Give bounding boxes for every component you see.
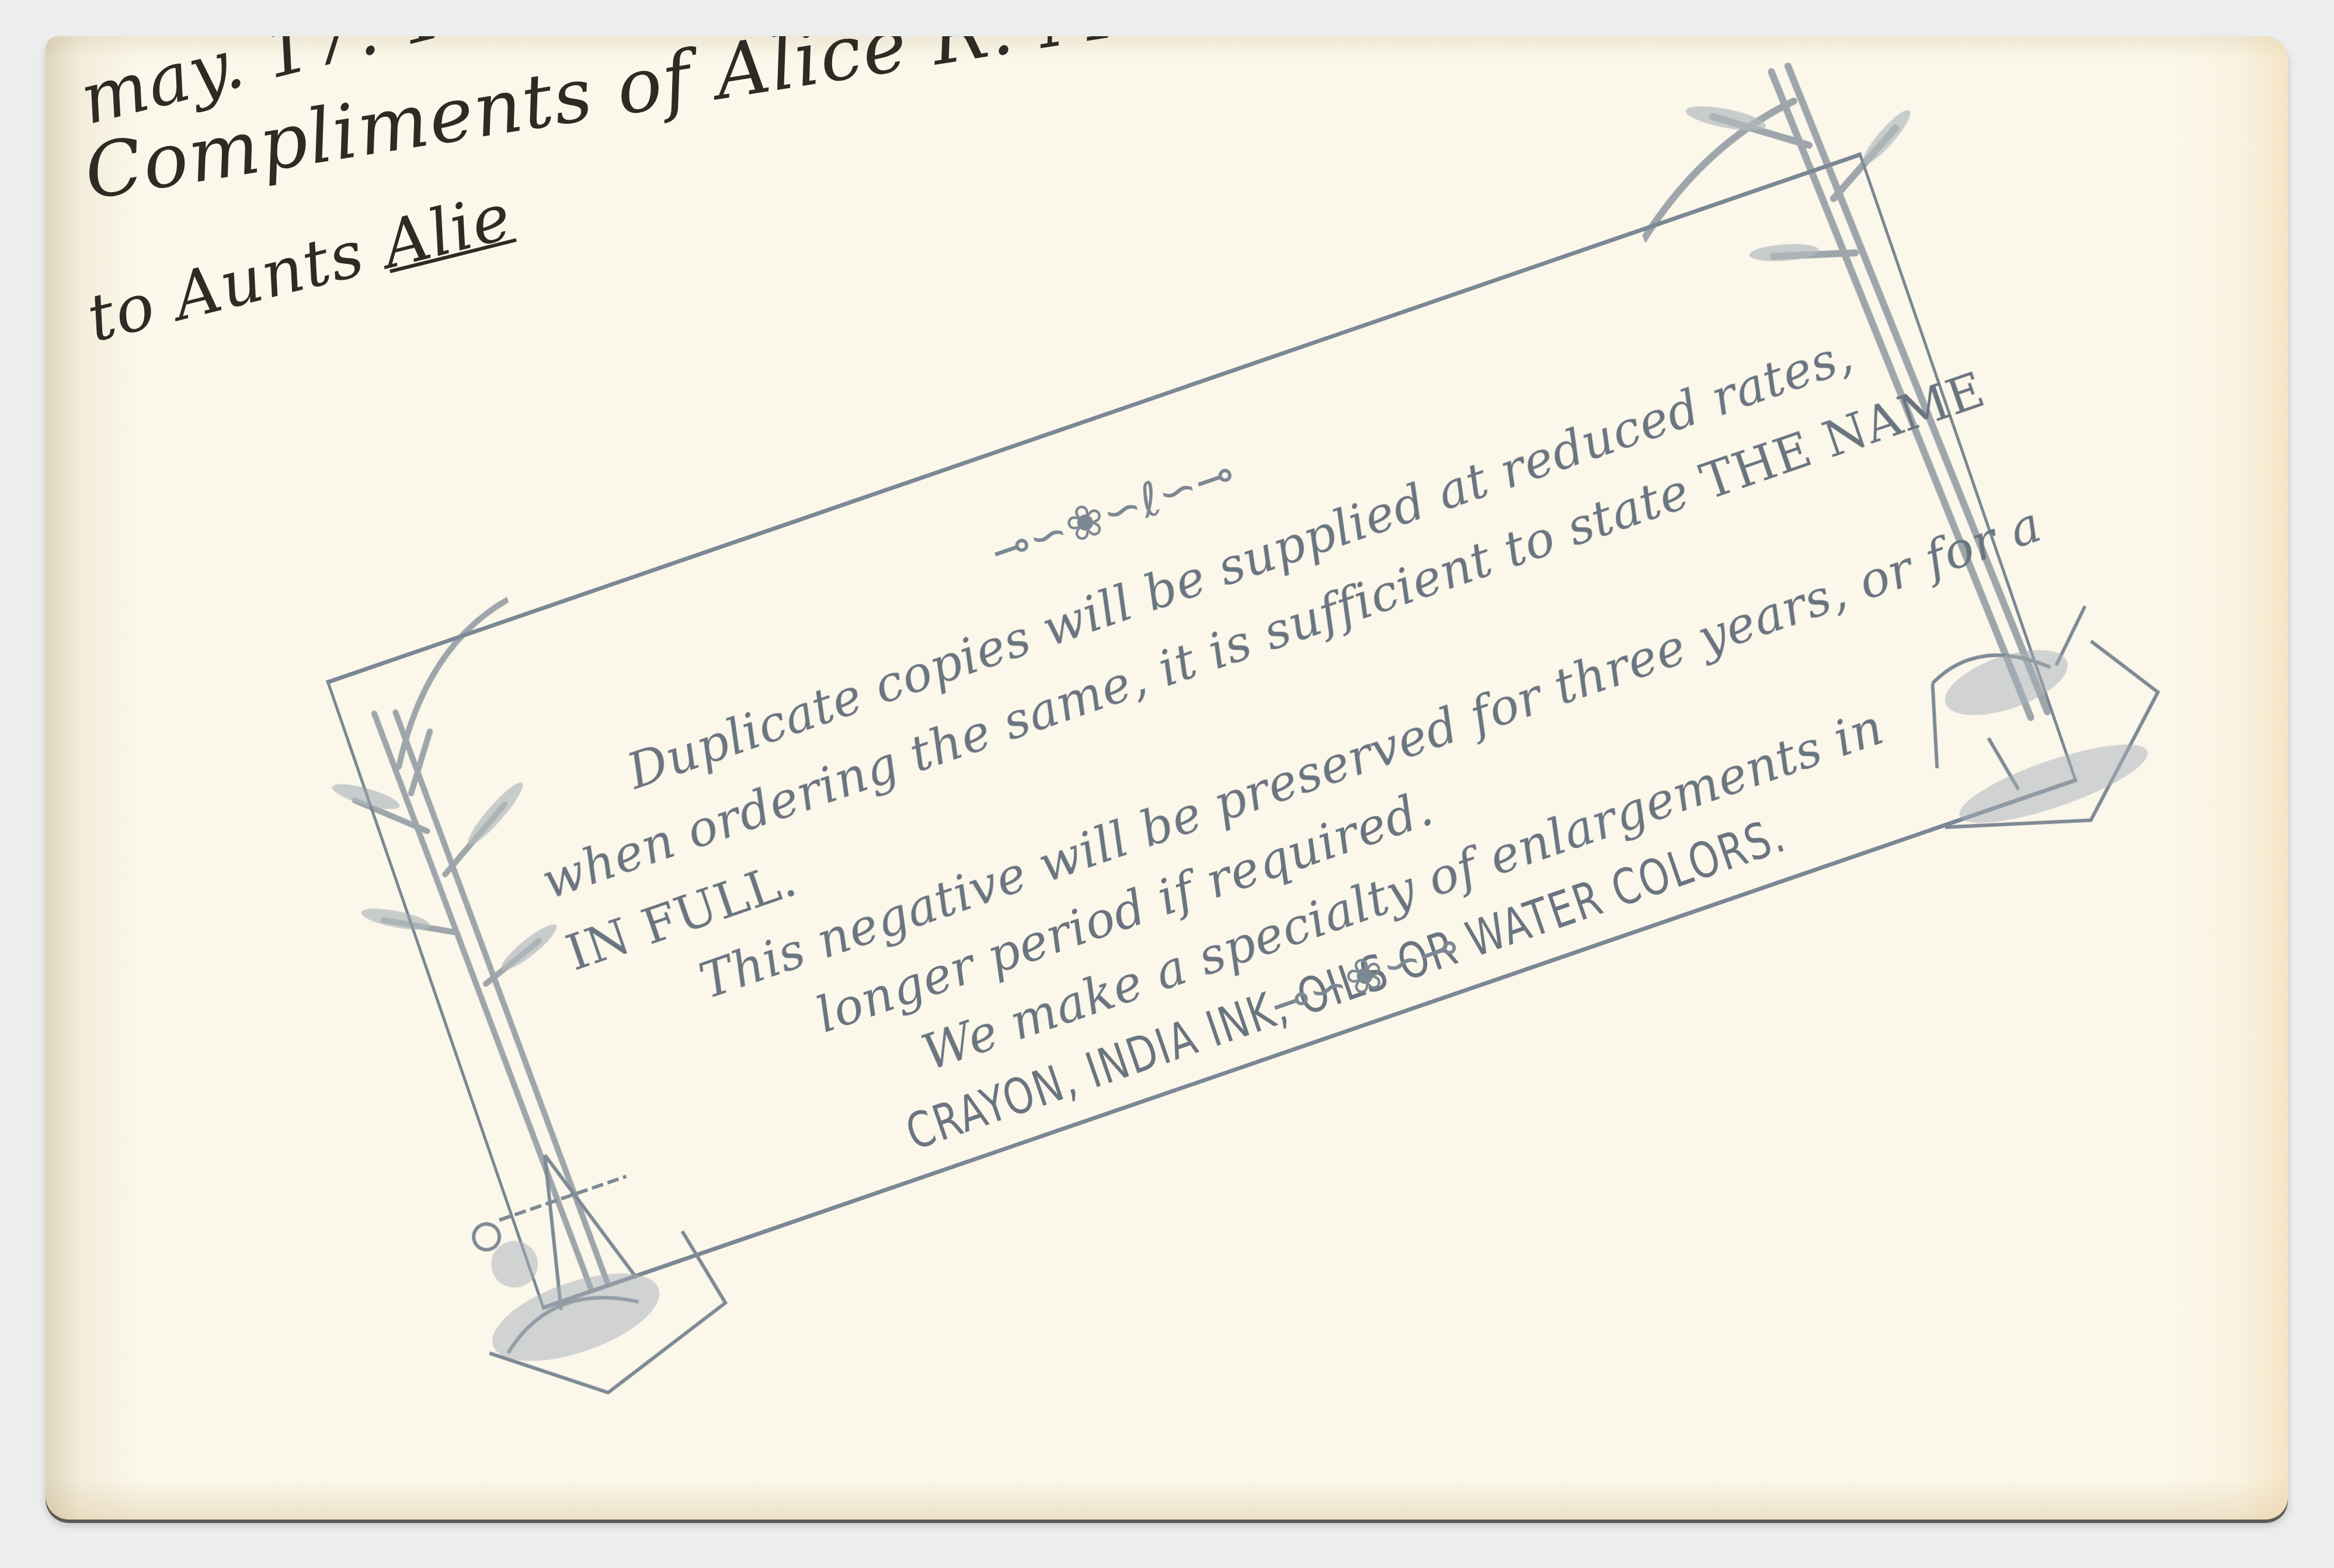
cabinet-card: may. 17. 1887 Compliments of Alice R. Ma… <box>46 36 2288 1520</box>
photographer-stamp: ⊸∽❀∽ℓ∽⊸ Duplicate copies will be supplie… <box>326 152 2078 1310</box>
handwritten-recipient-name: Alie <box>375 179 519 283</box>
printed-notice: Duplicate copies will be supplied at red… <box>502 314 1805 762</box>
handwritten-recipient-prefix: to Aunts <box>80 210 393 356</box>
notice-line-duplicate-copies: Duplicate copies will be supplied at red… <box>620 325 1860 800</box>
